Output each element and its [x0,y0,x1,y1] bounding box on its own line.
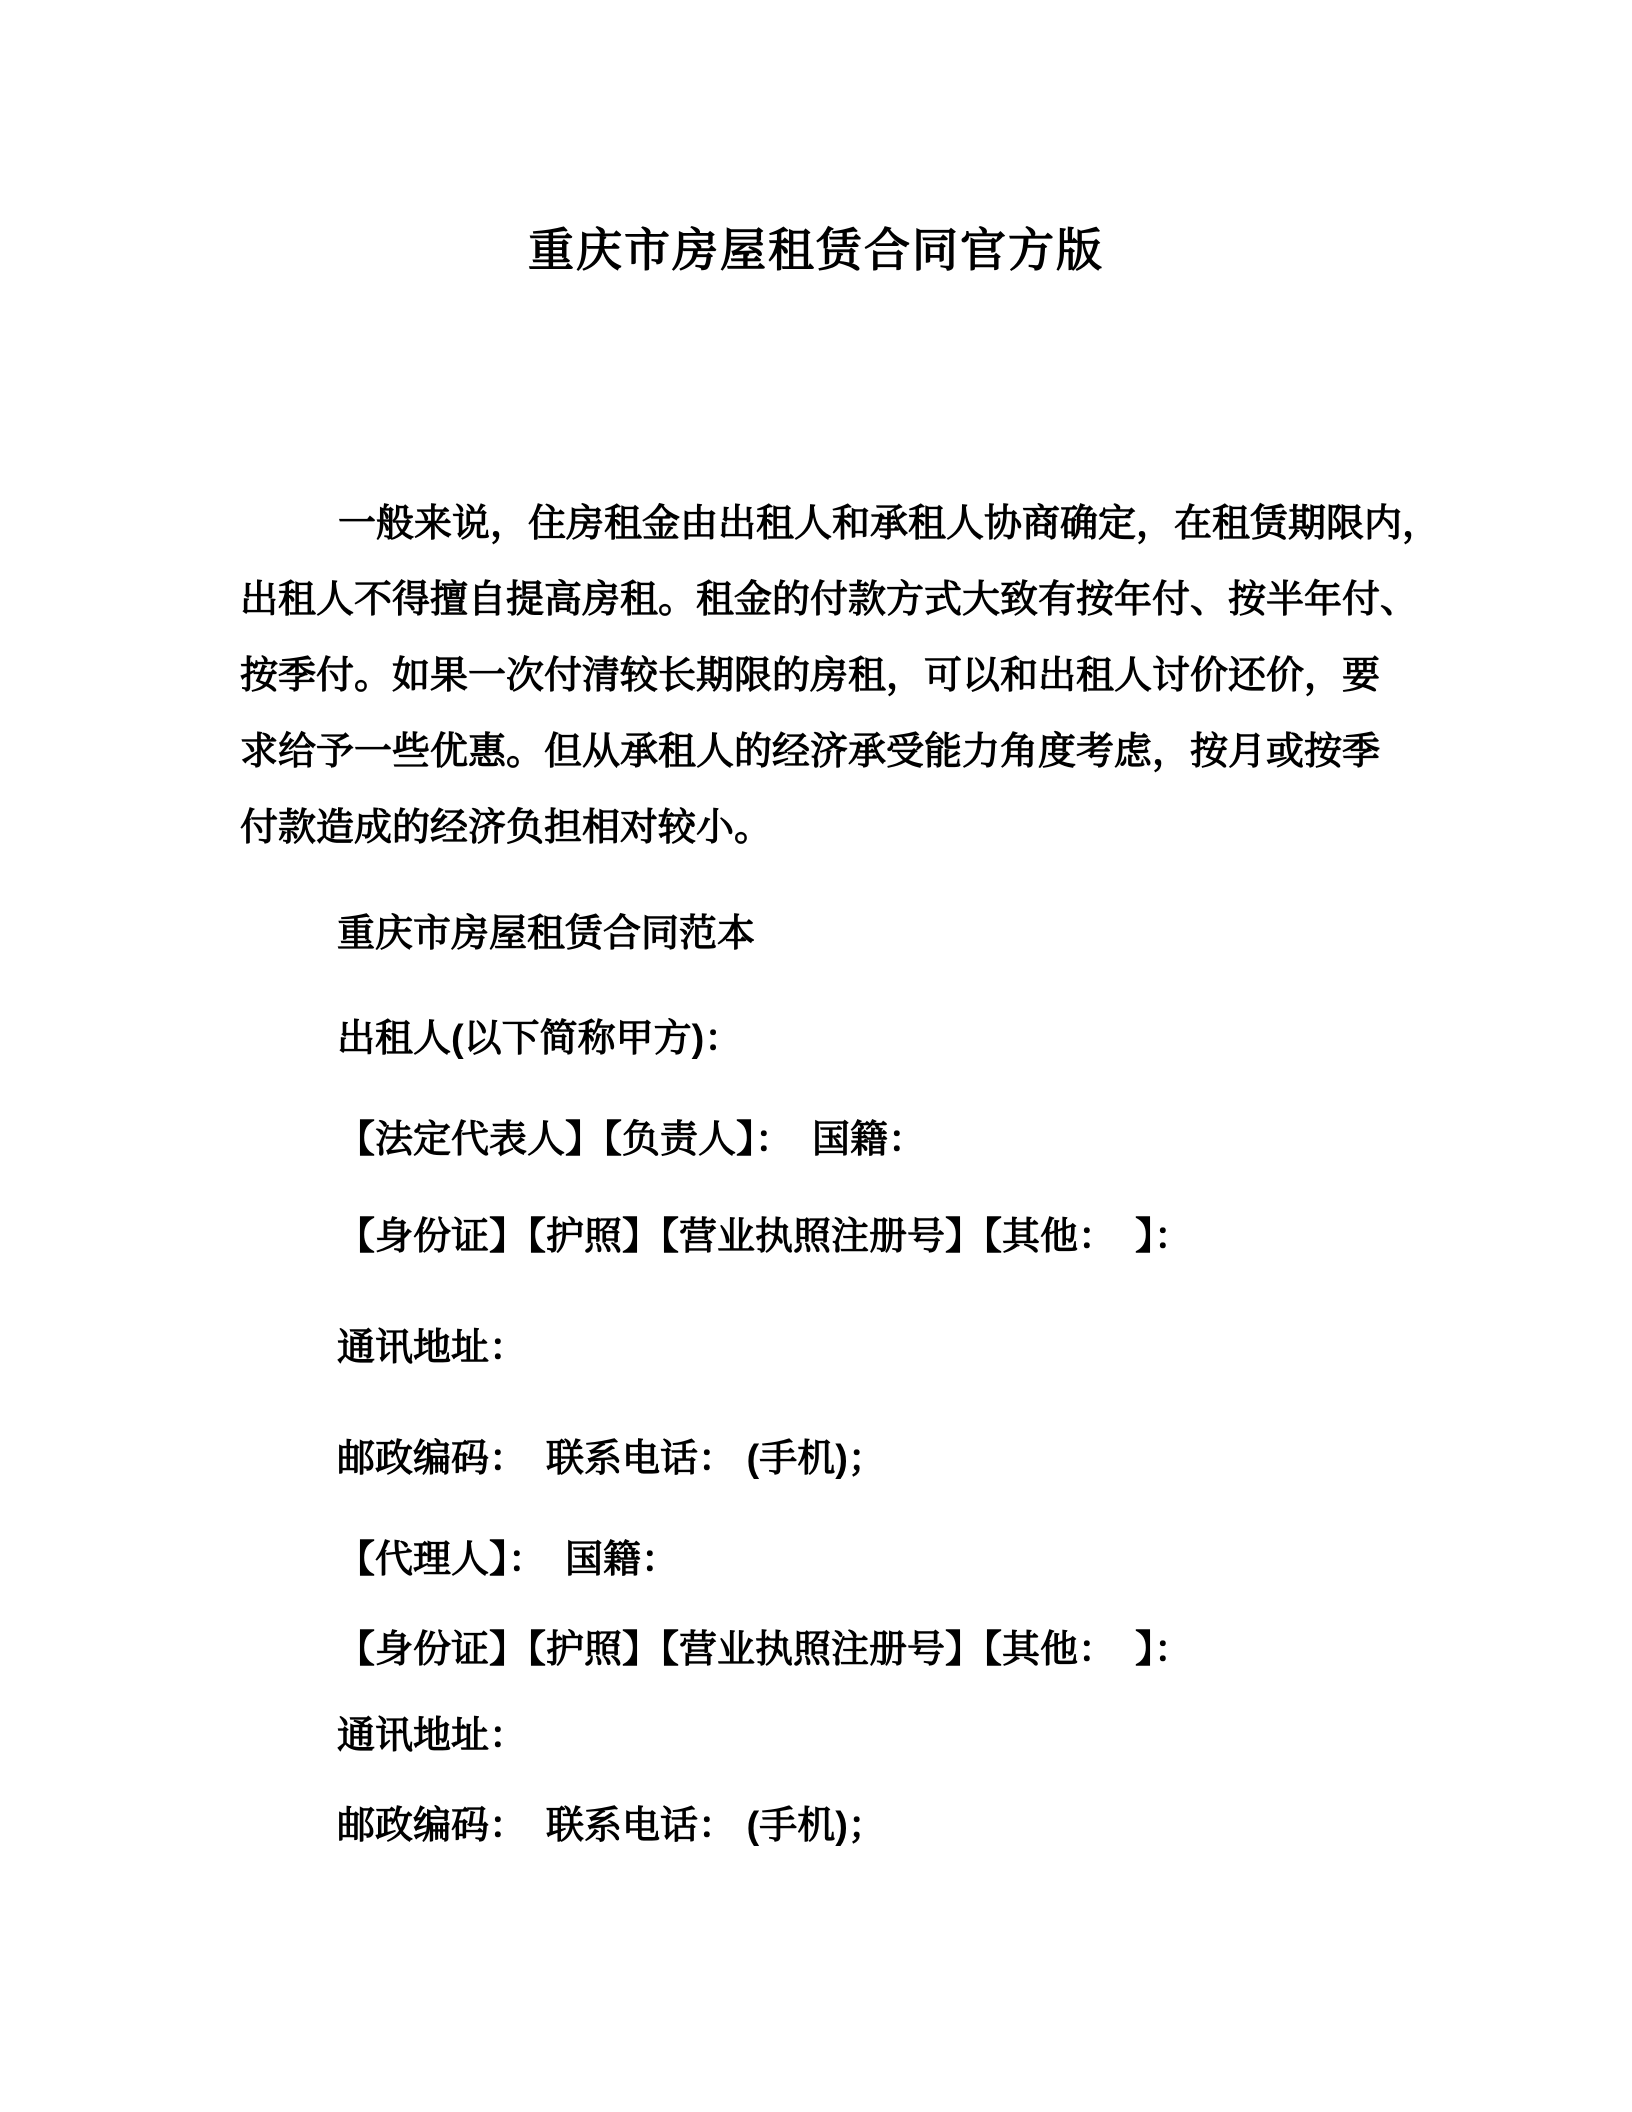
legal-representative-line: 【法定代表人】【负责人】： 国籍： [337,1117,926,1163]
intro-line: 付款造成的经济负担相对较小。 [240,790,1540,866]
postal-code-phone-line: 邮政编码： 联系电话： (手机)； [337,1436,886,1482]
contract-template-heading: 重庆市房屋租赁合同范本 [337,911,755,957]
agent-mailing-address-line: 通讯地址： [337,1713,527,1759]
intro-line: 出租人不得擅自提高房租。租金的付款方式大致有按年付、按半年付、 [240,562,1540,638]
agent-line: 【代理人】： 国籍： [337,1537,679,1583]
intro-paragraph: 一般来说，住房租金由出租人和承租人协商确定，在租赁期限内， 出租人不得擅自提高房… [240,486,1540,866]
agent-postal-code-phone-line: 邮政编码： 联系电话： (手机)； [337,1803,886,1849]
intro-line: 求给予一些优惠。但从承租人的经济承受能力角度考虑，按月或按季 [240,714,1540,790]
document-page: 重庆市房屋租赁合同官方版 一般来说，住房租金由出租人和承租人协商确定，在租赁期限… [0,0,1632,2112]
agent-id-certificate-line: 【身份证】【护照】【营业执照注册号】【其他： 】： [337,1627,1192,1673]
intro-line: 按季付。如果一次付清较长期限的房租，可以和出租人讨价还价，要 [240,638,1540,714]
lessor-line: 出租人(以下简称甲方)： [337,1016,742,1062]
intro-line: 一般来说，住房租金由出租人和承租人协商确定，在租赁期限内， [240,486,1540,562]
id-certificate-line: 【身份证】【护照】【营业执照注册号】【其他： 】： [337,1214,1192,1260]
mailing-address-line: 通讯地址： [337,1325,527,1371]
document-title: 重庆市房屋租赁合同官方版 [0,222,1632,278]
